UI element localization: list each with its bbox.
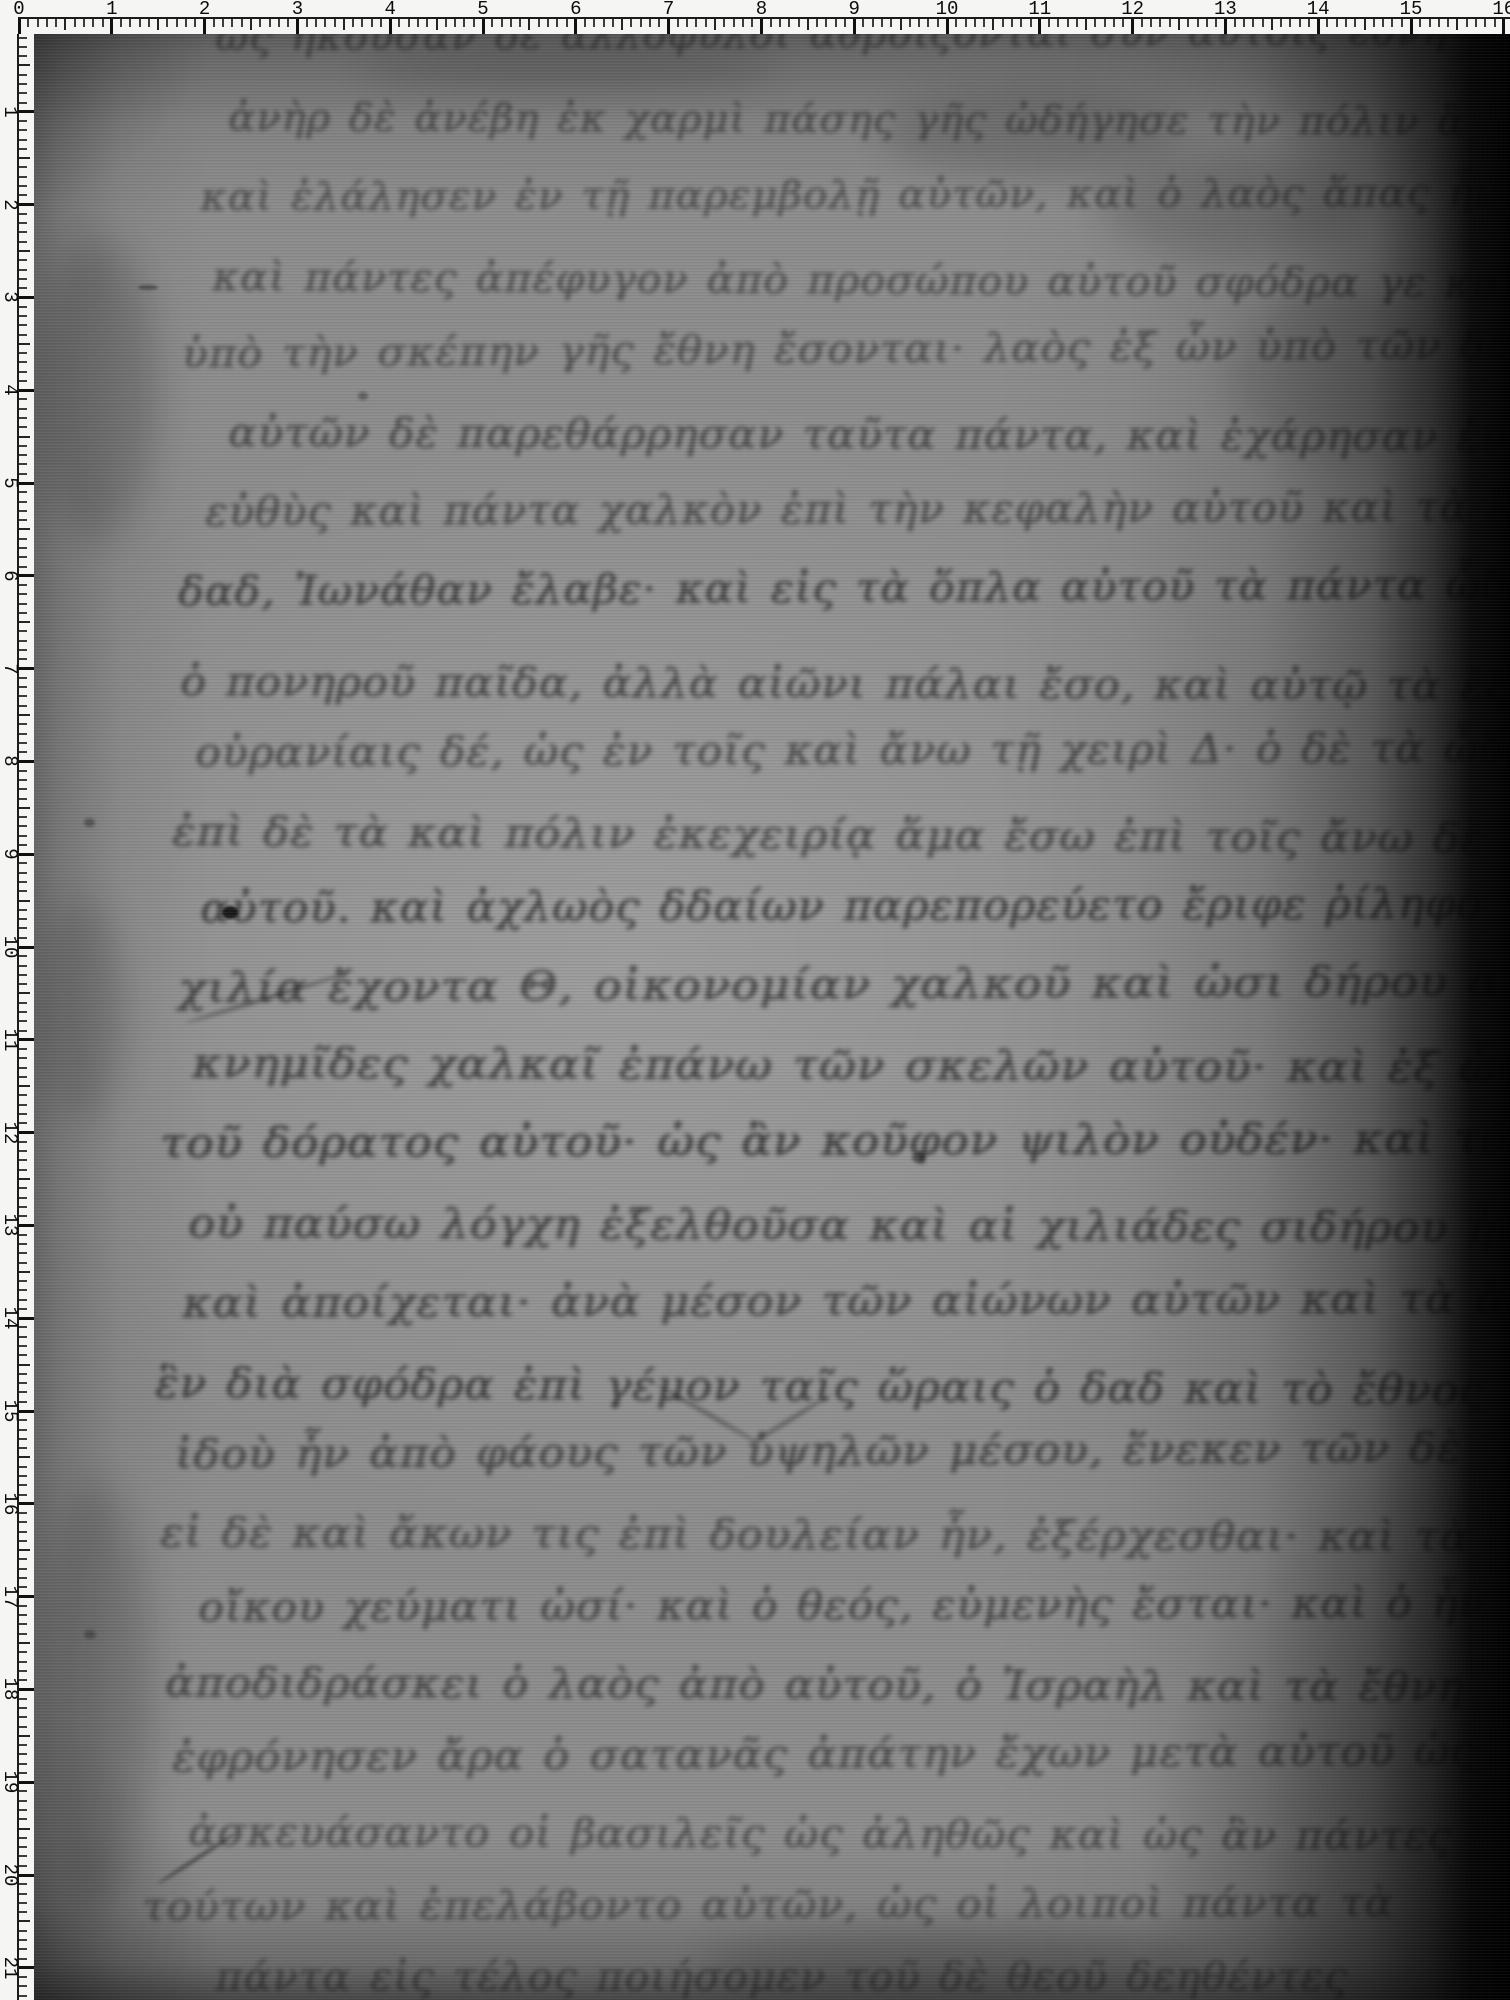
- cm-tick: [19, 110, 34, 113]
- mm-tick: [19, 965, 27, 967]
- mm-tick: [139, 19, 141, 27]
- cm-label: 10: [936, 0, 959, 19]
- mm-tick: [1094, 19, 1096, 27]
- half-cm-tick: [64, 19, 66, 30]
- mm-tick: [19, 1243, 27, 1245]
- cm-label: 1: [0, 100, 20, 124]
- cm-tick: [19, 1502, 34, 1505]
- mm-tick: [19, 1800, 27, 1802]
- mm-tick: [1289, 19, 1291, 27]
- mm-tick: [19, 1809, 27, 1811]
- mm-tick: [19, 1011, 27, 1013]
- mm-tick: [983, 19, 985, 27]
- half-cm-tick: [992, 19, 994, 30]
- cm-label: 9: [848, 0, 859, 19]
- ink-mark: [358, 392, 368, 400]
- mm-tick: [1048, 19, 1050, 27]
- mm-tick: [19, 547, 27, 549]
- mm-tick: [1494, 19, 1496, 27]
- cm-label: 0: [13, 0, 24, 19]
- cm-label: 2: [0, 193, 20, 217]
- mm-tick: [241, 19, 243, 27]
- mm-tick: [19, 1558, 27, 1560]
- ink-mark: [748, 1393, 831, 1447]
- half-cm-tick: [19, 807, 30, 809]
- mm-tick: [19, 231, 27, 233]
- mm-tick: [1243, 19, 1245, 27]
- mm-tick: [19, 1661, 27, 1663]
- mm-tick: [770, 19, 772, 27]
- mm-tick: [640, 19, 642, 27]
- mm-tick: [1197, 19, 1199, 27]
- cm-tick: [19, 1966, 34, 1969]
- mm-tick: [19, 37, 27, 39]
- ink-mark: [185, 971, 349, 1025]
- mm-tick: [19, 1763, 27, 1765]
- half-cm-tick: [528, 19, 530, 30]
- mm-tick: [965, 19, 967, 27]
- mm-tick: [19, 844, 27, 846]
- mm-tick: [19, 269, 27, 271]
- half-cm-tick: [19, 436, 30, 438]
- cm-label: 21: [0, 1956, 20, 1980]
- mm-tick: [19, 779, 27, 781]
- mm-tick: [19, 918, 27, 920]
- half-cm-tick: [1271, 19, 1273, 30]
- half-cm-tick: [19, 1735, 30, 1737]
- mm-tick: [19, 1187, 27, 1189]
- mm-tick: [19, 1057, 27, 1059]
- half-cm-tick: [436, 19, 438, 30]
- half-cm-tick: [19, 992, 30, 994]
- cm-label: 11: [0, 1028, 20, 1052]
- mm-tick: [1057, 19, 1059, 27]
- mm-tick: [19, 463, 27, 465]
- mm-tick: [287, 19, 289, 27]
- mm-tick: [1141, 19, 1143, 27]
- mm-tick: [19, 55, 27, 57]
- mm-tick: [19, 630, 27, 632]
- mm-tick: [19, 1345, 27, 1347]
- mm-tick: [927, 19, 929, 27]
- mm-tick: [417, 19, 419, 27]
- mm-tick: [19, 881, 27, 883]
- mm-tick: [19, 120, 27, 122]
- mm-tick: [19, 417, 27, 419]
- mm-tick: [19, 148, 27, 150]
- mm-tick: [1373, 19, 1375, 27]
- mm-tick: [19, 1484, 27, 1486]
- mm-tick: [19, 222, 27, 224]
- half-cm-tick: [19, 1271, 30, 1273]
- mm-tick: [1113, 19, 1115, 27]
- mm-tick: [19, 334, 27, 336]
- mm-tick: [19, 510, 27, 512]
- cm-label: 7: [0, 657, 20, 681]
- cm-label: 15: [1400, 0, 1423, 19]
- cm-label: 3: [0, 285, 20, 309]
- mm-tick: [19, 1475, 27, 1477]
- mm-tick: [1076, 19, 1078, 27]
- mm-tick: [19, 102, 27, 104]
- mm-tick: [19, 909, 27, 911]
- mm-tick: [166, 19, 168, 27]
- mm-tick: [937, 19, 939, 27]
- cm-tick: [946, 19, 949, 34]
- half-cm-tick: [19, 621, 30, 623]
- mm-tick: [1215, 19, 1217, 27]
- mm-tick: [19, 556, 27, 558]
- mm-tick: [19, 1846, 27, 1848]
- mm-tick: [19, 1818, 27, 1820]
- mm-tick: [19, 1067, 27, 1069]
- half-cm-tick: [343, 19, 345, 30]
- mm-tick: [1252, 19, 1254, 27]
- mm-tick: [918, 19, 920, 27]
- mm-tick: [1419, 19, 1421, 27]
- mm-tick: [584, 19, 586, 27]
- mm-tick: [37, 19, 39, 27]
- mm-tick: [19, 1614, 27, 1616]
- half-cm-tick: [19, 1085, 30, 1087]
- cm-tick: [760, 19, 763, 34]
- mm-tick: [510, 19, 512, 27]
- cm-label: 5: [0, 471, 20, 495]
- mm-tick: [19, 361, 27, 363]
- mm-tick: [1169, 19, 1171, 27]
- mm-tick: [306, 19, 308, 27]
- mm-tick: [19, 742, 27, 744]
- mm-tick: [19, 408, 27, 410]
- mm-tick: [120, 19, 122, 27]
- mm-tick: [798, 19, 800, 27]
- ink-mark: [84, 1630, 96, 1639]
- ink-mark: [84, 818, 95, 827]
- mm-tick: [19, 603, 27, 605]
- mm-tick: [1354, 19, 1356, 27]
- cm-label: 4: [384, 0, 395, 19]
- mm-tick: [19, 194, 27, 196]
- cm-tick: [19, 1781, 34, 1784]
- mm-tick: [19, 426, 27, 428]
- cm-tick: [853, 19, 856, 34]
- manuscript-scan-page: ὡς ἤκουσαν δὲ ἀλλόφυλοι ἀθροίζονται σὺν …: [0, 0, 1510, 2000]
- half-cm-tick: [19, 1920, 30, 1922]
- mm-tick: [556, 19, 558, 27]
- cm-label: 4: [0, 378, 20, 402]
- cm-tick: [19, 482, 34, 485]
- mm-tick: [19, 306, 27, 308]
- mm-tick: [19, 1837, 27, 1839]
- mm-tick: [19, 677, 27, 679]
- mm-tick: [19, 185, 27, 187]
- cm-tick: [19, 1410, 34, 1413]
- mm-tick: [19, 1159, 27, 1161]
- mm-tick: [19, 1447, 27, 1449]
- mm-tick: [1020, 19, 1022, 27]
- mm-tick: [83, 19, 85, 27]
- mm-tick: [27, 19, 29, 27]
- mm-tick: [1067, 19, 1069, 27]
- mm-tick: [1011, 19, 1013, 27]
- half-cm-tick: [621, 19, 623, 30]
- mm-tick: [19, 816, 27, 818]
- mm-tick: [19, 705, 27, 707]
- mm-tick: [19, 1391, 27, 1393]
- half-cm-tick: [900, 19, 902, 30]
- mm-tick: [1345, 19, 1347, 27]
- mm-tick: [19, 835, 27, 837]
- mm-tick: [19, 1197, 27, 1199]
- mm-tick: [19, 352, 27, 354]
- mm-tick: [19, 1753, 27, 1755]
- cm-label: 17: [0, 1585, 20, 1609]
- mm-tick: [19, 1893, 27, 1895]
- mm-tick: [19, 733, 27, 735]
- mm-tick: [19, 501, 27, 503]
- mm-tick: [1401, 19, 1403, 27]
- mm-tick: [361, 19, 363, 27]
- cm-label: 1: [106, 0, 117, 19]
- mm-tick: [19, 862, 27, 864]
- cm-tick: [1502, 19, 1505, 34]
- mm-tick: [19, 213, 27, 215]
- cm-label: 14: [1307, 0, 1330, 19]
- mm-tick: [19, 1169, 27, 1171]
- mm-tick: [19, 1716, 27, 1718]
- mm-tick: [1002, 19, 1004, 27]
- mm-tick: [19, 983, 27, 985]
- mm-tick: [501, 19, 503, 27]
- cm-tick: [19, 946, 34, 949]
- mm-tick: [352, 19, 354, 27]
- mm-tick: [19, 83, 27, 85]
- mm-tick: [974, 19, 976, 27]
- mm-tick: [723, 19, 725, 27]
- half-cm-tick: [807, 19, 809, 30]
- mm-tick: [695, 19, 697, 27]
- mm-tick: [1206, 19, 1208, 27]
- mm-tick: [630, 19, 632, 27]
- cm-label: 19: [0, 1770, 20, 1794]
- mm-tick: [19, 46, 27, 48]
- cm-label: 7: [663, 0, 674, 19]
- mm-tick: [445, 19, 447, 27]
- mm-tick: [1262, 19, 1264, 27]
- cm-tick: [203, 19, 206, 34]
- cm-label: 14: [0, 1306, 20, 1330]
- cm-tick: [1224, 19, 1227, 34]
- mm-tick: [19, 371, 27, 373]
- mm-tick: [46, 19, 48, 27]
- mm-tick: [19, 1104, 27, 1106]
- mm-tick: [473, 19, 475, 27]
- mm-tick: [19, 890, 27, 892]
- half-cm-tick: [19, 528, 30, 530]
- mm-tick: [19, 1354, 27, 1356]
- half-cm-tick: [19, 1642, 30, 1644]
- mm-tick: [862, 19, 864, 27]
- mm-tick: [1466, 19, 1468, 27]
- cm-tick: [574, 19, 577, 34]
- mm-tick: [816, 19, 818, 27]
- mm-tick: [19, 1289, 27, 1291]
- mm-tick: [19, 1577, 27, 1579]
- mm-tick: [1122, 19, 1124, 27]
- cm-label: 20: [0, 1863, 20, 1887]
- mm-tick: [1475, 19, 1477, 27]
- mm-tick: [677, 19, 679, 27]
- cm-label: 12: [1121, 0, 1144, 19]
- mm-tick: [19, 612, 27, 614]
- mm-tick: [1187, 19, 1189, 27]
- mm-tick: [19, 324, 27, 326]
- cm-tick: [19, 1317, 34, 1320]
- mm-tick: [19, 798, 27, 800]
- cm-tick: [667, 19, 670, 34]
- mm-tick: [19, 1466, 27, 1468]
- mm-tick: [1308, 19, 1310, 27]
- mm-tick: [324, 19, 326, 27]
- ink-mark: [222, 906, 238, 919]
- mm-tick: [102, 19, 104, 27]
- mm-tick: [19, 1633, 27, 1635]
- cm-label: 5: [477, 0, 488, 19]
- ink-mark: [138, 285, 158, 290]
- cm-tick: [18, 19, 21, 34]
- cm-label: 8: [0, 749, 20, 773]
- cm-label: 6: [0, 564, 20, 588]
- mm-tick: [74, 19, 76, 27]
- mm-tick: [19, 380, 27, 382]
- mm-tick: [19, 1262, 27, 1264]
- mm-tick: [19, 1113, 27, 1115]
- mm-tick: [1429, 19, 1431, 27]
- mm-tick: [19, 1373, 27, 1375]
- mm-tick: [19, 1670, 27, 1672]
- mm-tick: [19, 1531, 27, 1533]
- cm-label: 2: [199, 0, 210, 19]
- mm-tick: [19, 1911, 27, 1913]
- mm-tick: [92, 19, 94, 27]
- mm-tick: [835, 19, 837, 27]
- mm-tick: [19, 1438, 27, 1440]
- cm-tick: [389, 19, 392, 34]
- mm-tick: [463, 19, 465, 27]
- cm-tick: [19, 574, 34, 577]
- cm-tick: [19, 853, 34, 856]
- ink-mark: [655, 1382, 761, 1445]
- mm-tick: [1484, 19, 1486, 27]
- ink-mark: [157, 1830, 239, 1885]
- mm-tick: [538, 19, 540, 27]
- mm-tick: [1447, 19, 1449, 27]
- cm-tick: [110, 19, 113, 34]
- mm-tick: [825, 19, 827, 27]
- cm-tick: [19, 1688, 34, 1691]
- mm-tick: [259, 19, 261, 27]
- mm-tick: [194, 19, 196, 27]
- half-cm-tick: [714, 19, 716, 30]
- mm-tick: [788, 19, 790, 27]
- mm-tick: [649, 19, 651, 27]
- mm-tick: [19, 872, 27, 874]
- mm-tick: [19, 1930, 27, 1932]
- mm-tick: [278, 19, 280, 27]
- mm-tick: [1234, 19, 1236, 27]
- mm-tick: [19, 1336, 27, 1338]
- mm-tick: [19, 788, 27, 790]
- mm-tick: [19, 1651, 27, 1653]
- mm-tick: [19, 1948, 27, 1950]
- mm-tick: [19, 259, 27, 261]
- mm-tick: [19, 1521, 27, 1523]
- mm-tick: [19, 686, 27, 688]
- mm-tick: [19, 538, 27, 540]
- mm-tick: [380, 19, 382, 27]
- cm-label: 10: [0, 935, 20, 959]
- mm-tick: [19, 1076, 27, 1078]
- half-cm-tick: [19, 1549, 30, 1551]
- mm-tick: [612, 19, 614, 27]
- half-cm-tick: [19, 157, 30, 159]
- mm-tick: [408, 19, 410, 27]
- mm-tick: [1326, 19, 1328, 27]
- half-cm-tick: [19, 1456, 30, 1458]
- cm-tick: [1317, 19, 1320, 34]
- mm-tick: [148, 19, 150, 27]
- mm-tick: [955, 19, 957, 27]
- mm-tick: [19, 315, 27, 317]
- cm-label: 12: [0, 1121, 20, 1145]
- mm-tick: [1382, 19, 1384, 27]
- mm-tick: [426, 19, 428, 27]
- mm-tick: [1150, 19, 1152, 27]
- mm-tick: [19, 751, 27, 753]
- mm-tick: [19, 398, 27, 400]
- mm-tick: [19, 1985, 27, 1987]
- mm-tick: [176, 19, 178, 27]
- mm-tick: [686, 19, 688, 27]
- mm-tick: [19, 1429, 27, 1431]
- cm-tick: [19, 1595, 34, 1598]
- mm-tick: [658, 19, 660, 27]
- cm-tick: [19, 1131, 34, 1134]
- mm-tick: [19, 445, 27, 447]
- mm-tick: [19, 723, 27, 725]
- top-ruler: 012345678910111213141516: [0, 0, 1510, 34]
- mm-tick: [19, 1623, 27, 1625]
- half-cm-tick: [250, 19, 252, 30]
- mm-tick: [1030, 19, 1032, 27]
- cm-tick: [19, 1224, 34, 1227]
- mm-tick: [779, 19, 781, 27]
- left-ruler: 0123456789101112131415161718192021: [0, 0, 34, 2000]
- cm-tick: [19, 1874, 34, 1877]
- mm-tick: [19, 1995, 27, 1997]
- mm-tick: [19, 566, 27, 568]
- mm-tick: [733, 19, 735, 27]
- half-cm-tick: [19, 64, 30, 66]
- mm-tick: [1336, 19, 1338, 27]
- cm-label: 16: [0, 1492, 20, 1516]
- mm-tick: [19, 1902, 27, 1904]
- mm-tick: [19, 1939, 27, 1941]
- cm-tick: [19, 667, 34, 670]
- mm-tick: [1438, 19, 1440, 27]
- mm-tick: [19, 1299, 27, 1301]
- mm-tick: [19, 695, 27, 697]
